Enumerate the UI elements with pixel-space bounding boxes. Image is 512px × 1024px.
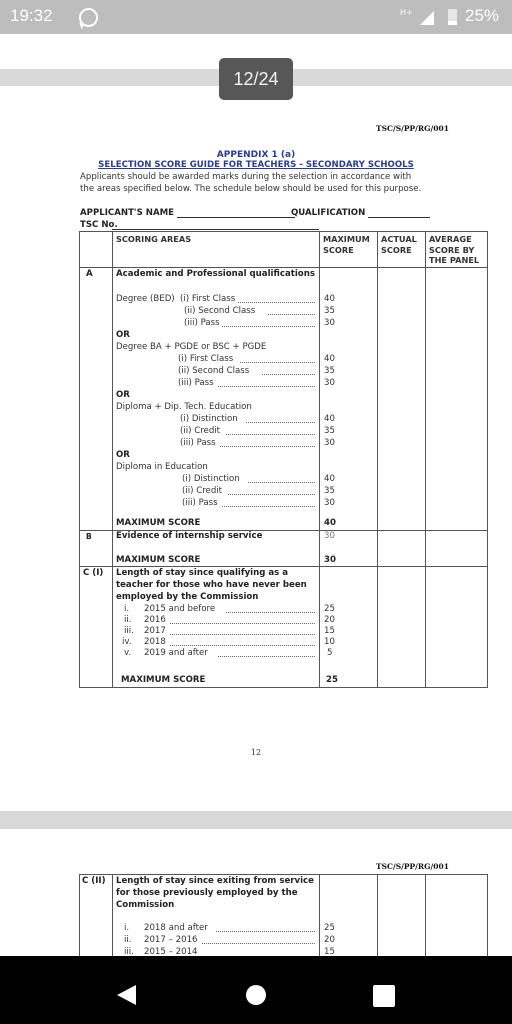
item-label: (i) First Class (180, 294, 235, 304)
or-label: OR (116, 390, 130, 400)
table-border (79, 231, 80, 688)
table-border (377, 231, 378, 688)
leader-dots (238, 302, 315, 303)
page-separator (0, 811, 512, 829)
section-code: C (II) (82, 876, 106, 886)
item-number: i. (124, 604, 129, 614)
appendix-heading: APPENDIX 1 (a) (0, 150, 512, 160)
table-border (487, 874, 488, 956)
document-code: TSC/S/PP/RG/001 (376, 862, 449, 871)
recents-icon[interactable] (373, 985, 395, 1007)
section-title-line: for those previously employed by the (116, 888, 298, 898)
qualification-group: Degree BA + PGDE or BSC + PGDE (116, 342, 266, 352)
table-border (377, 874, 378, 956)
leader-dots (246, 422, 315, 423)
status-time: 19:32 (10, 6, 53, 26)
battery-percent: 25% (465, 6, 499, 26)
applicant-name-field: APPLICANT'S NAME (80, 208, 295, 218)
item-score: 30 (324, 531, 335, 541)
item-score: 35 (324, 366, 335, 376)
item-label: 2019 and after (144, 648, 208, 658)
item-score: 35 (324, 306, 335, 316)
max-score-label: MAXIMUM SCORE (121, 675, 205, 685)
table-border (319, 231, 320, 688)
item-score: 40 (324, 474, 335, 484)
header-average-score: AVERAGE SCORE BY THE PANEL (429, 234, 479, 266)
max-score-label: MAXIMUM SCORE (116, 518, 200, 528)
header-line: SCORE (381, 245, 417, 256)
section-title-line: Length of stay since exiting from servic… (116, 876, 314, 886)
item-label: 2018 (144, 637, 166, 647)
network-type-icon: H+ (400, 8, 413, 17)
leader-dots (262, 374, 315, 375)
header-scoring-areas: SCORING AREAS (116, 234, 191, 245)
item-number: ii. (124, 615, 132, 625)
back-icon[interactable] (117, 985, 136, 1005)
item-number: v. (124, 648, 131, 658)
section-code: B (86, 532, 92, 541)
table-border (487, 231, 488, 688)
section-code: C (I) (83, 568, 103, 578)
leader-dots (240, 362, 315, 363)
item-score: 25 (324, 923, 335, 933)
table-border (425, 874, 426, 956)
navigation-bar (0, 956, 512, 1024)
leader-dots (226, 434, 315, 435)
section-title-line: employed by the Commission (116, 592, 258, 602)
item-label: (iii) Pass (180, 438, 216, 448)
item-label: (i) Distinction (182, 474, 240, 484)
document-code: TSC/S/PP/RG/001 (376, 124, 449, 133)
whatsapp-icon (79, 8, 98, 27)
leader-dots (218, 656, 315, 657)
leader-dots (228, 494, 315, 495)
leader-dots (216, 931, 315, 932)
leader-dots (222, 506, 315, 507)
max-score-label: MAXIMUM SCORE (116, 555, 200, 565)
leader-dots (170, 645, 315, 646)
table-border (112, 231, 113, 688)
item-label: 2017 (144, 626, 166, 636)
blank-line (368, 217, 430, 218)
item-label: (ii) Credit (182, 486, 222, 496)
signal-icon (420, 11, 434, 25)
qualification-group: Diploma in Education (116, 462, 208, 472)
blank-line (177, 217, 295, 218)
header-line: SCORE (323, 245, 370, 256)
item-score: 30 (324, 318, 335, 328)
leader-dots (248, 482, 315, 483)
item-number: i. (124, 923, 129, 933)
item-label: 2016 (144, 615, 166, 625)
item-number: iii. (124, 626, 134, 636)
item-label: (ii) Second Class (178, 366, 249, 376)
status-bar: 19:32 H+ 25% (0, 0, 512, 34)
item-label: (ii) Credit (180, 426, 220, 436)
item-score: 20 (324, 615, 335, 625)
leader-dots (170, 634, 315, 635)
section-title: Evidence of internship service (116, 531, 262, 541)
item-score: 30 (324, 498, 335, 508)
item-score: 30 (324, 378, 335, 388)
max-score-value: 30 (324, 555, 336, 565)
table-border (79, 874, 80, 956)
blank-line (112, 229, 319, 230)
item-label: (iii) Pass (184, 318, 220, 328)
item-score: 20 (324, 935, 335, 945)
item-label: (i) First Class (178, 354, 233, 364)
item-score: 10 (324, 637, 335, 647)
item-score: 40 (324, 354, 335, 364)
leader-dots (220, 446, 315, 447)
item-label: (ii) Second Class (184, 306, 255, 316)
section-title-line: teacher for those who have never been (116, 580, 307, 590)
item-label: (i) Distinction (180, 414, 238, 424)
intro-line: Applicants should be awarded marks durin… (80, 172, 490, 184)
item-label: (iii) Pass (182, 498, 218, 508)
intro-text: Applicants should be awarded marks durin… (80, 172, 490, 195)
item-score: 40 (324, 294, 335, 304)
page-indicator: 12/24 (219, 58, 293, 100)
qualification-group: Diploma + Dip. Tech. Education (116, 402, 252, 412)
table-border (319, 874, 320, 956)
item-score: 35 (324, 426, 335, 436)
qualification-label: QUALIFICATION (291, 208, 365, 218)
item-score: 40 (324, 414, 335, 424)
header-line: SCORE BY (429, 245, 479, 256)
table-border (425, 231, 426, 688)
qualification-group: Degree (BED) (116, 294, 175, 304)
intro-line: the areas specified below. The schedule … (80, 184, 490, 196)
applicant-name-label: APPLICANT'S NAME (80, 208, 174, 218)
battery-icon (448, 9, 457, 25)
header-line: MAXIMUM (323, 234, 370, 245)
item-number: iv. (122, 637, 132, 647)
item-score: 25 (324, 604, 335, 614)
page-number: 12 (0, 748, 512, 757)
leader-dots (218, 386, 315, 387)
item-score: 15 (324, 626, 335, 636)
qualification-field: QUALIFICATION (291, 208, 430, 218)
item-number: ii. (124, 935, 132, 945)
item-label: 2018 and after (144, 923, 208, 933)
item-label: (iii) Pass (178, 378, 214, 388)
section-title-line: Length of stay since qualifying as a (116, 568, 288, 578)
max-score-value: 40 (324, 518, 336, 528)
item-label: 2015 and before (144, 604, 215, 614)
section-title-line: Commission (116, 900, 174, 910)
home-icon[interactable] (246, 985, 266, 1005)
header-actual-score: ACTUAL SCORE (381, 234, 417, 255)
header-maximum-score: MAXIMUM SCORE (323, 234, 370, 255)
max-score-value: 25 (326, 675, 338, 685)
leader-dots (222, 326, 315, 327)
header-line: AVERAGE (429, 234, 479, 245)
table-border (112, 874, 113, 956)
header-line: ACTUAL (381, 234, 417, 245)
guide-title: SELECTION SCORE GUIDE FOR TEACHERS - SEC… (0, 160, 512, 170)
or-label: OR (116, 450, 130, 460)
or-label: OR (116, 330, 130, 340)
section-code: A (86, 269, 93, 279)
item-label: 2017 – 2016 (144, 935, 198, 945)
item-score: 35 (324, 486, 335, 496)
leader-dots (170, 623, 315, 624)
header-line: THE PANEL (429, 255, 479, 266)
item-score: 30 (324, 438, 335, 448)
leader-dots (226, 612, 315, 613)
item-score: 5 (327, 648, 332, 658)
section-title: Academic and Professional qualifications (116, 269, 315, 279)
leader-dots (202, 943, 315, 944)
leader-dots (268, 314, 315, 315)
